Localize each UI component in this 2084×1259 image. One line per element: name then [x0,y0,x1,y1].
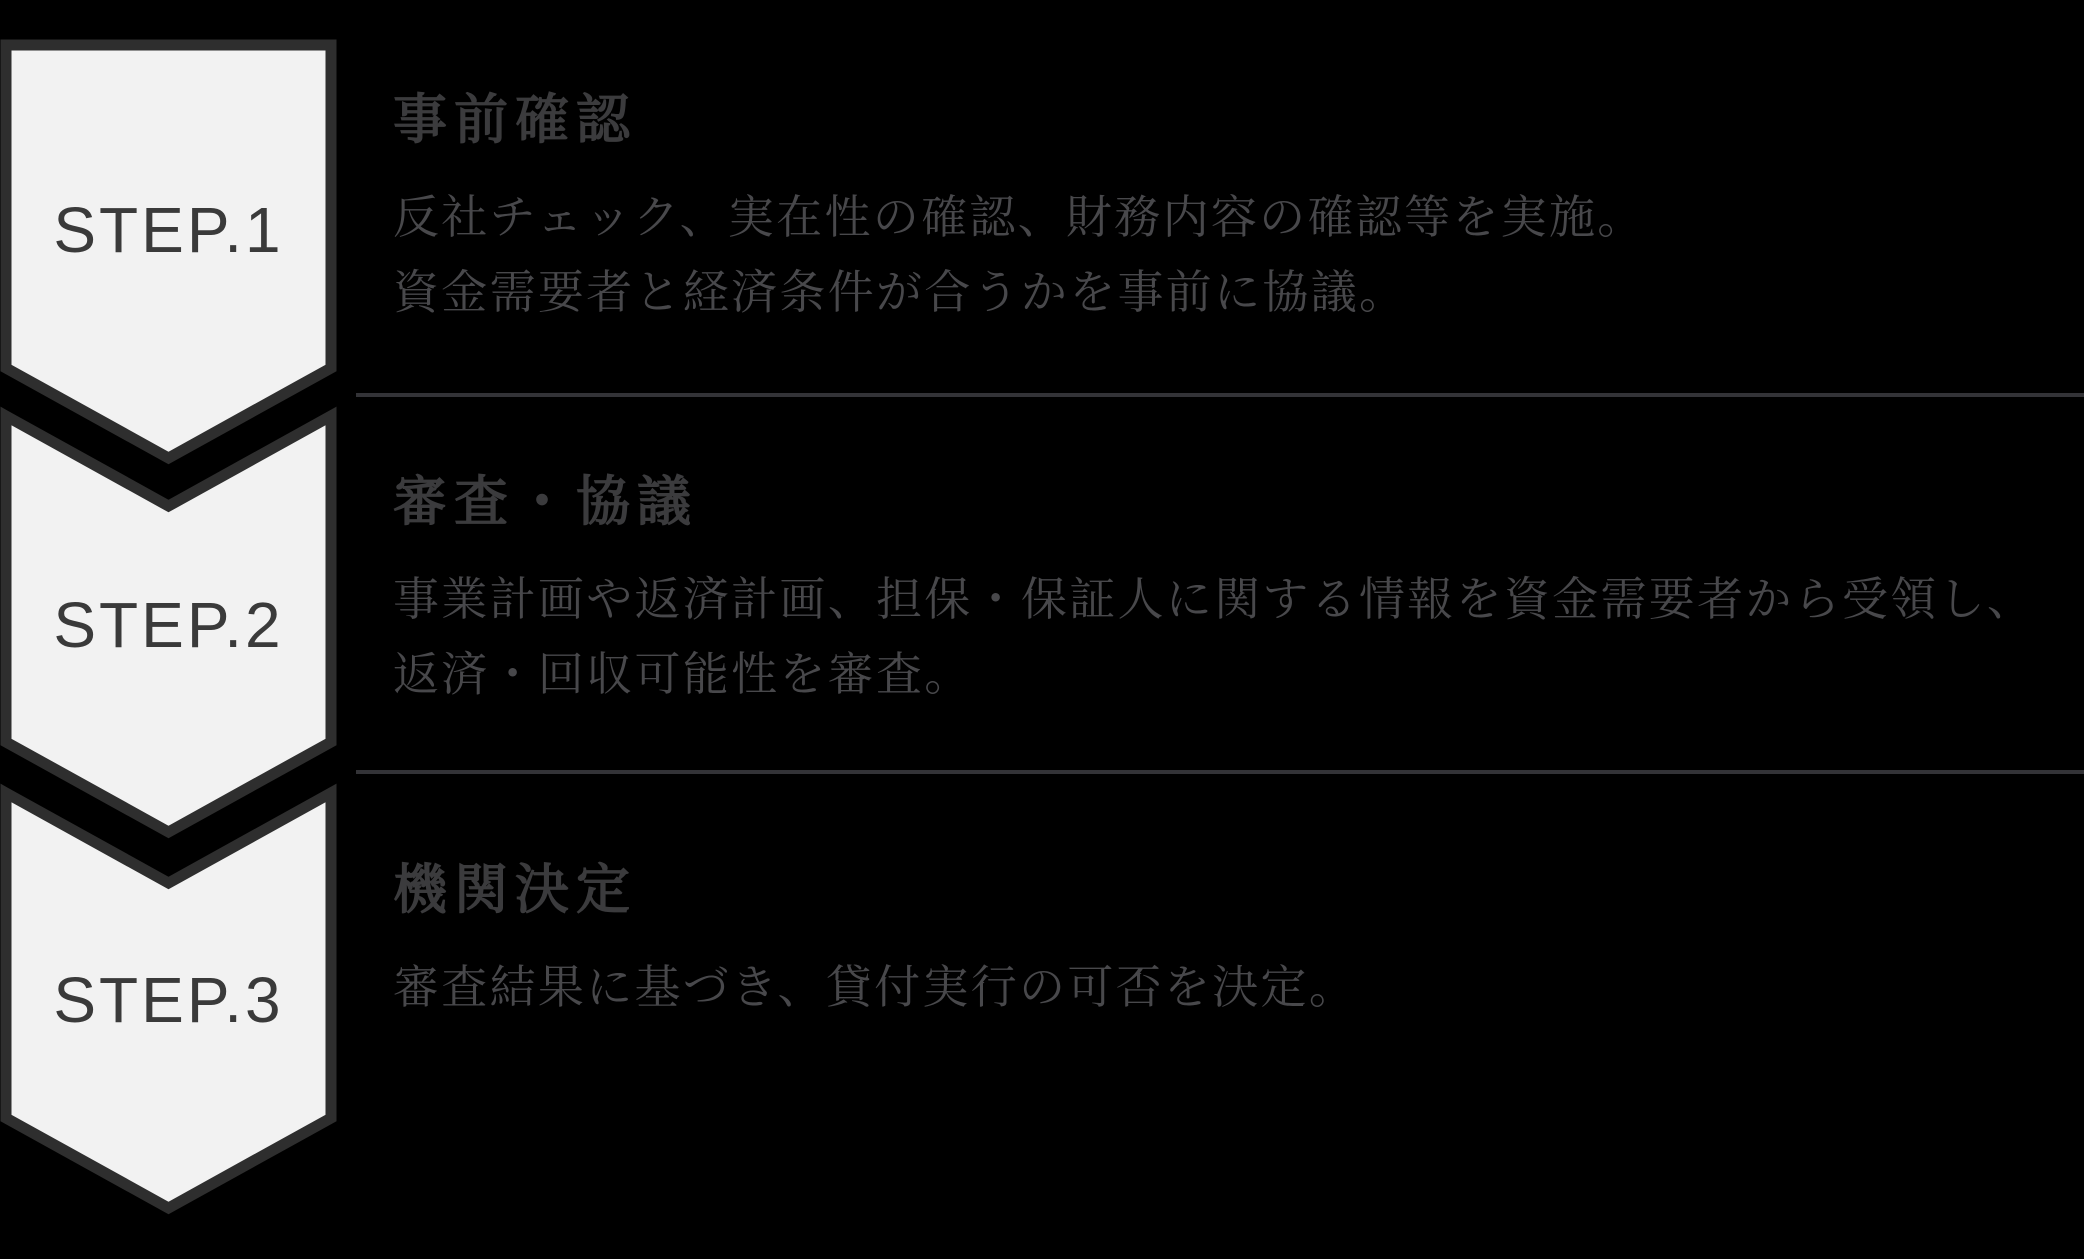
step2-badge-label: STEP.2 [0,585,337,665]
step2-description-line: 事業計画や返済計画、担保・保証人に関する情報を資金需要者から受領し、 [393,562,2054,637]
step1-section: 事前確認 反社チェック、実在性の確認、財務内容の確認等を実施。 資金需要者と経済… [393,88,2054,330]
step2-title: 審査・協議 [393,470,2054,534]
section-divider [356,770,2084,774]
step1-badge-label: STEP.1 [0,190,337,270]
step3-badge-label: STEP.3 [0,960,337,1040]
step3-description: 審査結果に基づき、貸付実行の可否を決定。 [393,950,2054,1025]
step1-description-line: 資金需要者と経済条件が合うかを事前に協議。 [393,255,2054,330]
step1-description: 反社チェック、実在性の確認、財務内容の確認等を実施。 資金需要者と経済条件が合う… [393,180,2054,330]
step3-section: 機関決定 審査結果に基づき、貸付実行の可否を決定。 [393,858,2054,1025]
step3-title: 機関決定 [393,858,2054,922]
step2-description-line: 返済・回収可能性を審査。 [393,637,2054,712]
step1-title: 事前確認 [393,88,2054,152]
step3-description-line: 審査結果に基づき、貸付実行の可否を決定。 [393,950,2054,1025]
step2-section: 審査・協議 事業計画や返済計画、担保・保証人に関する情報を資金需要者から受領し、… [393,470,2054,712]
step2-description: 事業計画や返済計画、担保・保証人に関する情報を資金需要者から受領し、 返済・回収… [393,562,2054,712]
section-divider [356,393,2084,397]
step1-description-line: 反社チェック、実在性の確認、財務内容の確認等を実施。 [393,180,2054,255]
